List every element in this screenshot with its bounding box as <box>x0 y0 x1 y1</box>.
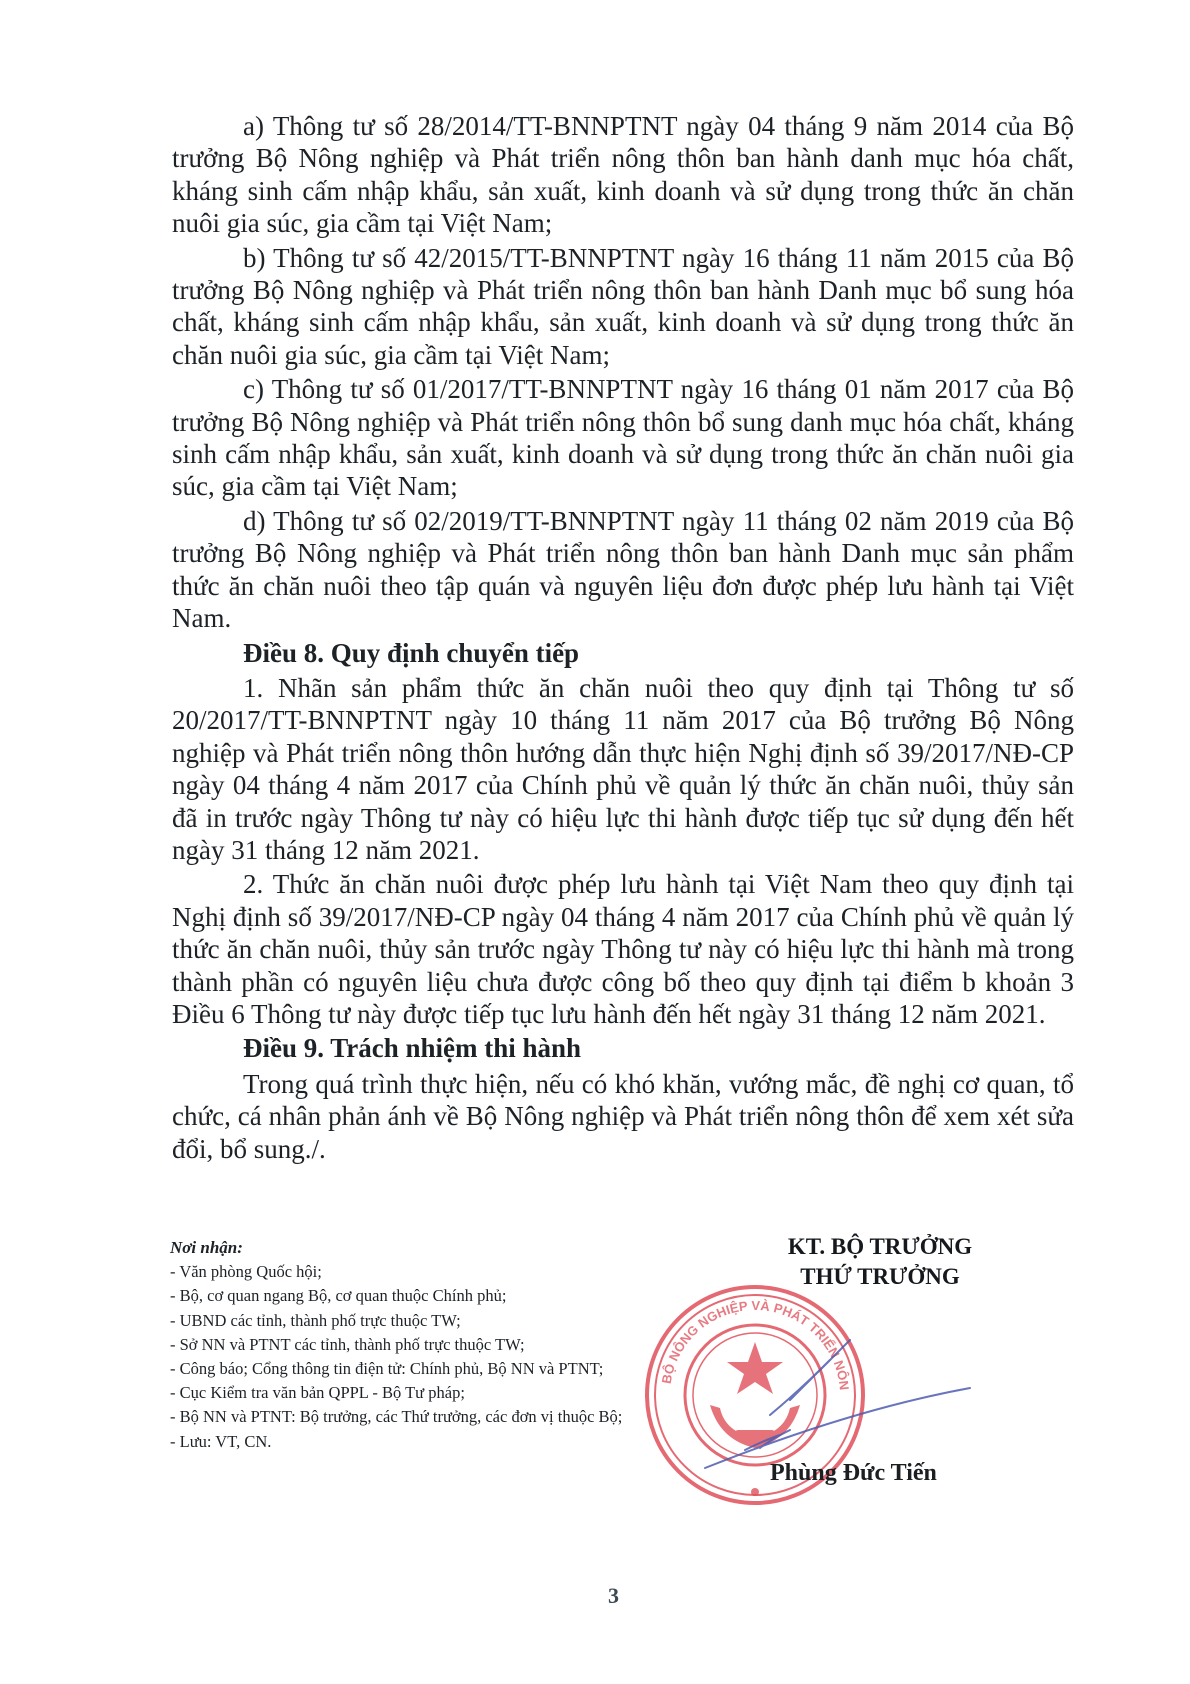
signature-title-line-2: THỨ TRƯỞNG <box>700 1262 1060 1292</box>
document-page: a) Thông tư số 28/2014/TT-BNNPTNT ngày 0… <box>0 0 1190 1684</box>
paragraph-c: c) Thông tư số 01/2017/TT-BNNPTNT ngày 1… <box>172 373 1074 503</box>
article-8-heading: Điều 8. Quy định chuyển tiếp <box>172 637 1074 669</box>
recipient-item: - Bộ NN và PTNT: Bộ trưởng, các Thứ trưở… <box>170 1405 630 1429</box>
recipients-block: Nơi nhận: - Văn phòng Quốc hội; - Bộ, cơ… <box>170 1236 630 1454</box>
recipient-item: - Cục Kiểm tra văn bản QPPL - Bộ Tư pháp… <box>170 1381 630 1405</box>
signature-icon <box>650 1300 990 1480</box>
recipients-title: Nơi nhận: <box>170 1236 630 1260</box>
paragraph-b: b) Thông tư số 42/2015/TT-BNNPTNT ngày 1… <box>172 242 1074 372</box>
recipient-item: - UBND các tỉnh, thành phố trực thuộc TW… <box>170 1309 630 1333</box>
recipient-item: - Bộ, cơ quan ngang Bộ, cơ quan thuộc Ch… <box>170 1284 630 1308</box>
signature-block: KT. BỘ TRƯỞNG THỨ TRƯỞNG <box>700 1232 1060 1292</box>
document-body: a) Thông tư số 28/2014/TT-BNNPTNT ngày 0… <box>172 110 1074 1167</box>
recipient-item: - Công báo; Cổng thông tin điện tử: Chín… <box>170 1357 630 1381</box>
article-9-heading: Điều 9. Trách nhiệm thi hành <box>172 1032 1074 1064</box>
paragraph-a: a) Thông tư số 28/2014/TT-BNNPTNT ngày 0… <box>172 110 1074 240</box>
article-9-text: Trong quá trình thực hiện, nếu có khó kh… <box>172 1068 1074 1165</box>
paragraph-d: d) Thông tư số 02/2019/TT-BNNPTNT ngày 1… <box>172 505 1074 635</box>
signature-title-line-1: KT. BỘ TRƯỞNG <box>700 1232 1060 1262</box>
article-8-clause-1: 1. Nhãn sản phẩm thức ăn chăn nuôi theo … <box>172 672 1074 866</box>
recipient-item: - Lưu: VT, CN. <box>170 1430 630 1454</box>
recipient-item: - Sở NN và PTNT các tỉnh, thành phố trực… <box>170 1333 630 1357</box>
signer-name: Phùng Đức Tiến <box>770 1460 937 1487</box>
recipient-item: - Văn phòng Quốc hội; <box>170 1260 630 1284</box>
article-8-clause-2: 2. Thức ăn chăn nuôi được phép lưu hành … <box>172 868 1074 1030</box>
page-number: 3 <box>608 1583 619 1609</box>
